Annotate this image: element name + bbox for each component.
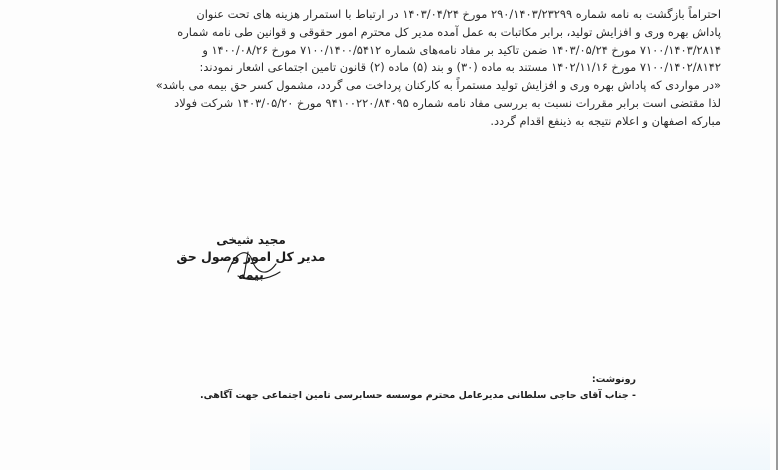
body-line-6: لذا مقتضی است برابر مقررات نسبت به بررسی…: [66, 95, 721, 113]
cc-recipient: - جناب آقای حاجی سلطانی مدیرعامل محترم م…: [76, 388, 636, 404]
body-line-1: احتراماً بازگشت به نامه شماره ۲۹۰/۱۴۰۳/۲…: [66, 6, 721, 24]
cc-label: رونوشت:: [76, 372, 636, 388]
signatory-title: مدیر کل امور وصول حق بیمه: [176, 248, 326, 284]
body-line-7: مبارکه اصفهان و اعلام نتیجه به ذینفع اقد…: [66, 113, 721, 131]
carbon-copy-block: رونوشت: - جناب آقای حاجی سلطانی مدیرعامل…: [76, 372, 636, 404]
signature-block: مجید شیخی مدیر کل امور وصول حق بیمه: [176, 232, 326, 284]
signatory-name: مجید شیخی: [176, 232, 326, 248]
body-line-4: ۷۱۰۰/۱۴۰۲/۸۱۴۲ مورخ ۱۴۰۲/۱۱/۱۶ مستند به …: [66, 59, 721, 77]
body-line-quote: «در مواردی که پاداش بهره وری و افزایش تو…: [66, 77, 721, 95]
scan-artifact: [250, 405, 770, 470]
body-line-3: ۷۱۰۰/۱۴۰۳/۲۸۱۴ مورخ ۱۴۰۳/۰۵/۲۴ ضمن تاکید…: [66, 42, 721, 60]
body-line-2: پاداش بهره وری و افزایش تولید، برابر مکا…: [66, 24, 721, 42]
scanned-letter-page: احتراماً بازگشت به نامه شماره ۲۹۰/۱۴۰۳/۲…: [0, 0, 778, 470]
letter-body: احتراماً بازگشت به نامه شماره ۲۹۰/۱۴۰۳/۲…: [66, 6, 721, 131]
